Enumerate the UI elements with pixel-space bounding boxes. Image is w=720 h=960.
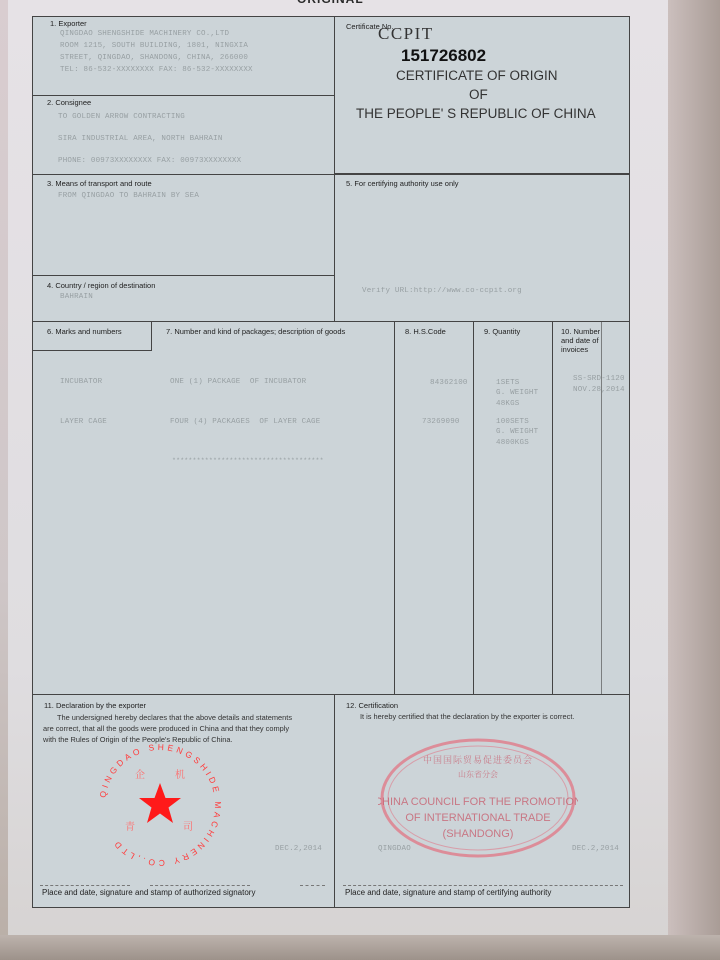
certification-signature-caption: Place and date, signature and stamp of c… <box>345 888 551 897</box>
signature-line <box>300 885 325 886</box>
row1-quantity: 1SETS <box>496 379 520 387</box>
column-divider <box>552 321 553 695</box>
end-marker: ************************************* <box>172 457 324 464</box>
col-header-hs-code: 8. H.S.Code <box>405 327 446 336</box>
transport-route: FROM QINGDAO TO BAHRAIN BY SEA <box>58 192 199 200</box>
row1-hs-code: 84362100 <box>430 379 468 387</box>
consignee-line: TO GOLDEN ARROW CONTRACTING <box>58 113 185 121</box>
exporter-line: QINGDAO SHENGSHIDE MACHINERY CO.,LTD <box>60 30 229 38</box>
transport-label: 3. Means of transport and route <box>47 179 152 188</box>
declaration-signature-caption: Place and date, signature and stamp of a… <box>42 888 255 897</box>
destination-value: BAHRAIN <box>60 293 93 301</box>
exporter-line: ROOM 1215, SOUTH BUILDING, 1801, NINGXIA <box>60 42 248 50</box>
column-divider <box>394 321 395 695</box>
row1-invoice-date: NOV.28,2014 <box>573 386 625 394</box>
destination-label: 4. Country / region of destination <box>47 281 155 290</box>
row1-invoice-number: SS-SRD-1120 <box>573 375 625 383</box>
document-title-line: THE PEOPLE' S REPUBLIC OF CHINA <box>356 106 596 121</box>
document-title-line: CERTIFICATE OF ORIGIN <box>396 68 558 83</box>
consignee-line: SIRA INDUSTRIAL AREA, NORTH BAHRAIN <box>58 135 223 143</box>
consignee-label: 2. Consignee <box>47 98 91 107</box>
row1-marks: INCUBATOR <box>60 378 102 386</box>
signature-line <box>343 885 623 886</box>
marks-header-cell <box>32 321 152 351</box>
box-transport <box>32 174 335 276</box>
svg-text:青: 青 <box>125 820 135 833</box>
star-icon <box>139 783 181 823</box>
row2-quantity: G. WEIGHT <box>496 428 538 436</box>
declaration-line: are correct, that all the goods were pro… <box>43 723 333 734</box>
document-title-line: OF <box>469 87 488 102</box>
col-header-marks: 6. Marks and numbers <box>47 327 122 336</box>
row2-marks: LAYER CAGE <box>60 418 107 426</box>
issuer-name: CCPIT <box>378 24 434 44</box>
declaration-label: 11. Declaration by the exporter <box>44 701 146 710</box>
company-seal-stamp: QINGDAO SHENGSHIDE MACHINERY CO.,LTD 企 机… <box>95 740 225 870</box>
background-surface <box>668 0 720 960</box>
verify-url: Verify URL:http://www.co-ccpit.org <box>362 287 522 295</box>
consignee-line: PHONE: 00973XXXXXXXX FAX: 00973XXXXXXXX <box>58 157 241 165</box>
certification-text: It is hereby certified that the declarat… <box>360 712 574 721</box>
certificate-number: 151726802 <box>401 46 486 66</box>
row1-quantity: G. WEIGHT <box>496 389 538 397</box>
desk-surface <box>0 935 720 960</box>
svg-text:OF INTERNATIONAL TRADE: OF INTERNATIONAL TRADE <box>405 812 550 824</box>
row2-quantity: 100SETS <box>496 418 529 426</box>
row1-description: ONE (1) PACKAGE OF INCUBATOR <box>170 378 306 386</box>
original-label: ORIGINAL <box>297 0 364 6</box>
col-header-description: 7. Number and kind of packages; descript… <box>166 327 345 336</box>
goods-table <box>32 321 630 695</box>
svg-text:中国国际贸易促进委员会: 中国国际贸易促进委员会 <box>423 754 533 765</box>
exporter-line: STREET, QINGDAO, SHANDONG, CHINA, 266000 <box>60 54 248 62</box>
ccpit-official-stamp: 中国国际贸易促进委员会 山东省分会 CHINA COUNCIL FOR THE … <box>378 733 578 863</box>
declaration-line: The undersigned hereby declares that the… <box>43 712 333 723</box>
certifying-authority-label: 5. For certifying authority use only <box>346 179 459 188</box>
signature-line <box>150 885 250 886</box>
row2-quantity: 4800KGS <box>496 439 529 447</box>
signature-line <box>40 885 130 886</box>
svg-text:CHINA COUNCIL FOR THE PROMOTIO: CHINA COUNCIL FOR THE PROMOTION <box>378 796 578 808</box>
svg-text:司: 司 <box>183 821 193 833</box>
certification-label: 12. Certification <box>346 701 398 710</box>
col-header-quantity: 9. Quantity <box>484 327 520 336</box>
certification-date: DEC.2,2014 <box>572 845 619 853</box>
row2-hs-code: 73269090 <box>422 418 460 426</box>
column-divider <box>473 321 474 695</box>
declaration-date: DEC.2,2014 <box>275 845 322 853</box>
exporter-line: TEL: 86-532-XXXXXXXX FAX: 86-532-XXXXXXX… <box>60 66 253 74</box>
row2-description: FOUR (4) PACKAGES OF LAYER CAGE <box>170 418 320 426</box>
svg-text:企: 企 <box>135 768 145 781</box>
svg-text:机: 机 <box>175 768 185 781</box>
exporter-label: 1. Exporter <box>50 19 87 28</box>
svg-text:山东省分会: 山东省分会 <box>458 769 498 779</box>
col-header-invoice: 10. Number and date of invoices <box>561 327 606 354</box>
row1-quantity: 48KGS <box>496 400 520 408</box>
box-certifying-authority <box>334 174 630 322</box>
svg-text:(SHANDONG): (SHANDONG) <box>443 828 514 840</box>
